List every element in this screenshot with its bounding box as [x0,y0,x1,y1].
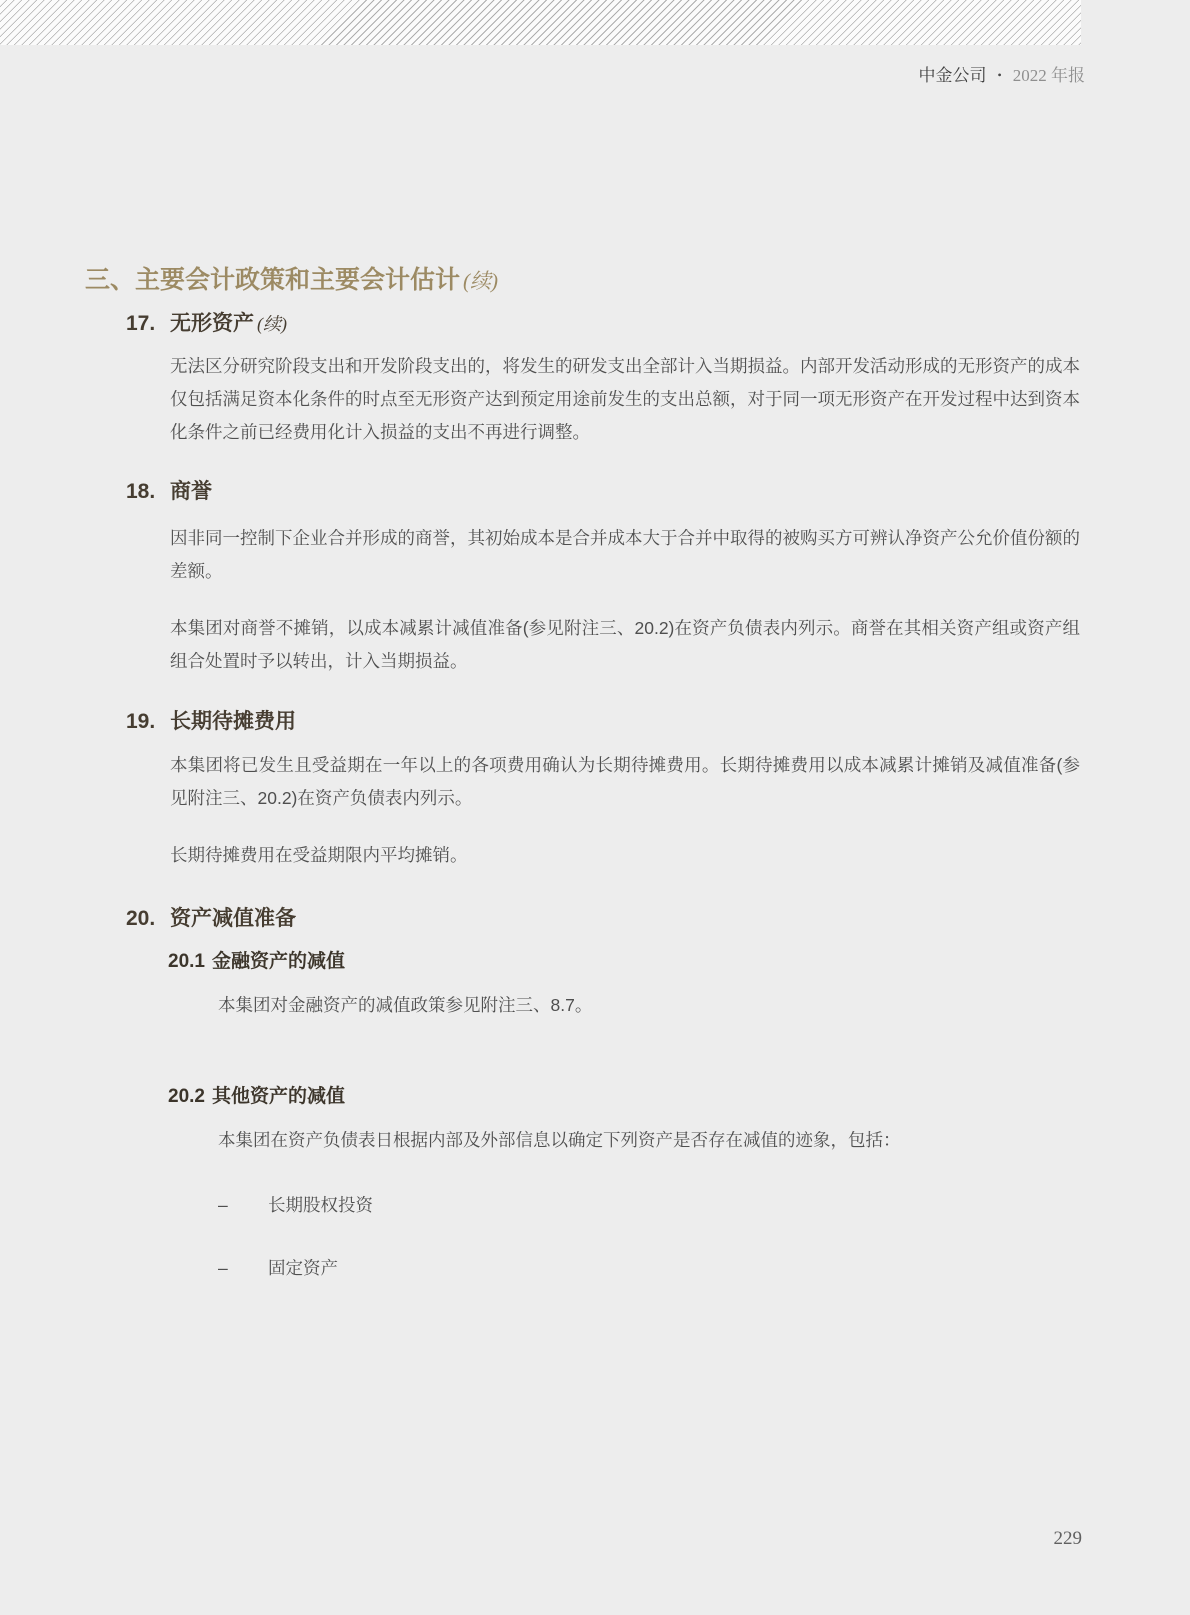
hatch-pattern-band [0,0,1081,45]
section-19-paragraph-1: 本集团将已发生且受益期在一年以上的各项费用确认为长期待摊费用。长期待摊费用以成本… [170,749,1080,815]
separator-dot: • [998,68,1002,82]
subsection-20-2-title: 其他资产的减值 [212,1086,345,1107]
section-19-title: 长期待摊费用 [170,710,296,733]
section-20-heading: 20.资产减值准备 [126,908,296,929]
section-17-title: 无形资产 [170,312,254,335]
section-20-number: 20. [126,908,170,929]
section-19-paragraph-2: 长期待摊费用在受益期限内平均摊销。 [170,839,1080,872]
section-18-paragraph-1: 因非同一控制下企业合并形成的商誉，其初始成本是合并成本大于合并中取得的被购买方可… [170,522,1080,588]
page-number: 229 [1054,1528,1083,1550]
list-item: –长期股权投资 [218,1189,373,1222]
company-name: 中金公司 [919,66,987,85]
list-dash: – [218,1252,268,1285]
section-19-heading: 19.长期待摊费用 [126,711,296,732]
subsection-20-1-heading: 20.1金融资产的减值 [168,952,345,971]
subsection-20-2-paragraph: 本集团在资产负债表日根据内部及外部信息以确定下列资产是否存在减值的迹象，包括： [218,1124,1080,1157]
chapter-title: 三、主要会计政策和主要会计估计(续) [85,268,498,293]
section-19-number: 19. [126,711,170,732]
subsection-20-1-number: 20.1 [168,952,212,971]
subsection-20-1-title: 金融资产的减值 [212,951,345,972]
subsection-20-2-number: 20.2 [168,1087,212,1106]
subsection-20-1-paragraph: 本集团对金融资产的减值政策参见附注三、8.7。 [218,989,1080,1022]
section-18-heading: 18.商誉 [126,481,212,502]
section-20-title: 资产减值准备 [170,907,296,930]
section-18-title: 商誉 [170,480,212,503]
subsection-20-2-heading: 20.2其他资产的减值 [168,1087,345,1106]
list-item-label: 固定资产 [268,1258,338,1278]
report-edition: 2022 年报 [1013,66,1085,85]
section-18-number: 18. [126,481,170,502]
running-header: 中金公司•2022 年报 [919,61,1085,86]
section-17-heading: 17.无形资产(续) [126,313,287,334]
section-18-paragraph-2: 本集团对商誉不摊销，以成本减累计减值准备(参见附注三、20.2)在资产负债表内列… [170,612,1080,678]
chapter-title-text: 三、主要会计政策和主要会计估计 [85,266,460,294]
chapter-title-continued: (续) [463,269,498,293]
section-17-continued: (续) [257,314,287,334]
list-item-label: 长期股权投资 [268,1195,373,1215]
section-17-number: 17. [126,313,170,334]
list-item: –固定资产 [218,1252,338,1285]
report-page: 中金公司•2022 年报 三、主要会计政策和主要会计估计(续) 17.无形资产(… [0,0,1190,1615]
list-dash: – [218,1189,268,1222]
section-17-paragraph: 无法区分研究阶段支出和开发阶段支出的，将发生的研发支出全部计入当期损益。内部开发… [170,350,1080,449]
